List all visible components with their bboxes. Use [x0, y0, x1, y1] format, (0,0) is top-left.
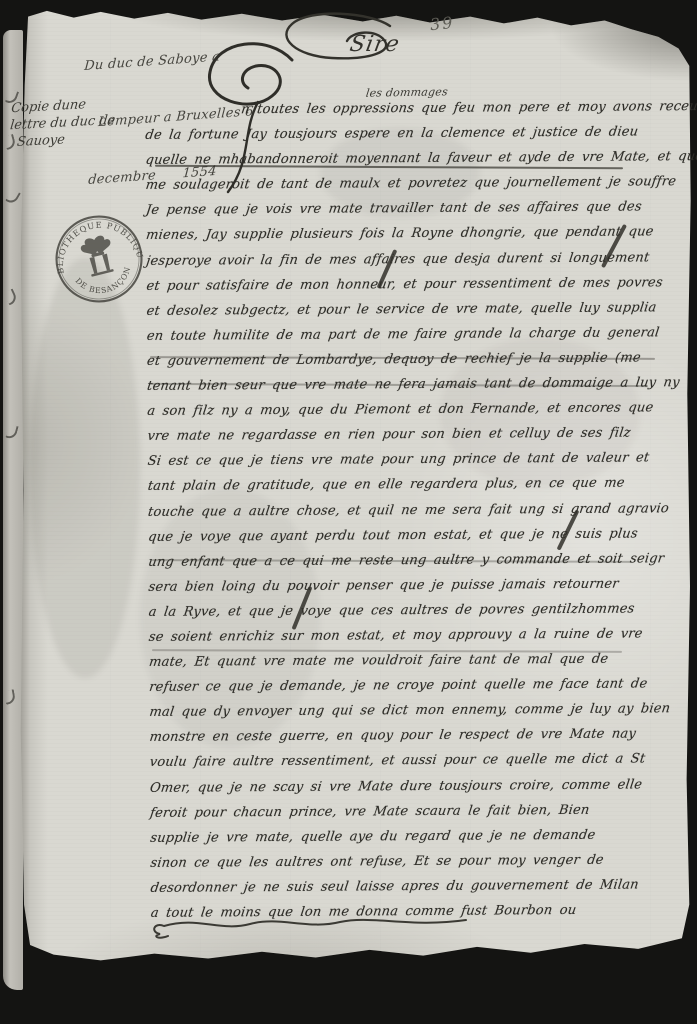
manuscript-line: mienes, Jay supplie plusieurs fois la Ro… [144, 220, 687, 249]
manuscript-line: voulu faire aultre ressentiment, et auss… [148, 747, 691, 776]
manuscript-line: touche que a aultre chose, et quil ne me… [146, 496, 689, 525]
manuscript-line: tant plain de gratitude, que en elle reg… [146, 471, 689, 500]
ink-fragment [4, 689, 16, 705]
closing-flourish-icon [148, 912, 478, 942]
manuscript-scan: Du duc de Saboye a Lempeur a Bruxelles 6… [0, 0, 697, 1024]
ink-fragment [5, 188, 21, 205]
eagle-and-columns-emblem-icon [79, 234, 118, 278]
margin-note: Copie dune lettre du duc de Sauoye [11, 94, 134, 151]
letter-body: n toutes les oppressions que feu mon per… [145, 94, 691, 926]
salutation-text: Sire [348, 32, 402, 57]
manuscript-line: feroit pour chacun prince, vre Mate scau… [148, 797, 691, 826]
manuscript-line: sinon ce que les aultres ont refuse, Et … [149, 847, 692, 876]
showthrough-smudge [30, 258, 140, 678]
ink-fragment [5, 424, 18, 440]
manuscript-line: n toutes les oppressions que feu mon per… [144, 94, 687, 123]
manuscript-line: supplie je vre mate, quelle aye du regar… [149, 822, 692, 851]
manuscript-line: que je voye que ayant perdu tout mon est… [147, 521, 690, 550]
manuscript-line: sera bien loing du pouvoir penser que je… [147, 571, 690, 600]
stamp-text-bottom: DE BESANÇON [72, 263, 137, 301]
manuscript-line: desordonner je ne suis seul laisse apres… [149, 872, 692, 901]
ink-fragment [4, 289, 19, 306]
manuscript-line: et gouvernement de Lombardye, dequoy de … [145, 345, 688, 374]
manuscript-line: se soient enrichiz sur mon estat, et moy… [147, 621, 690, 650]
manuscript-line: et desolez subgectz, et pour le service … [145, 295, 688, 324]
manuscript-line: Omer, que je ne scay si vre Mate dure to… [148, 772, 691, 801]
manuscript-line: et pour satisfaire de mon honneur, et po… [145, 270, 688, 299]
neighbor-page-edge [3, 30, 23, 990]
manuscript-line: a la Ryve, et que je voye que ces aultre… [147, 596, 690, 625]
folio-number: 39 [429, 13, 455, 34]
manuscript-line: en toute humilite de ma part de me faire… [145, 320, 688, 349]
